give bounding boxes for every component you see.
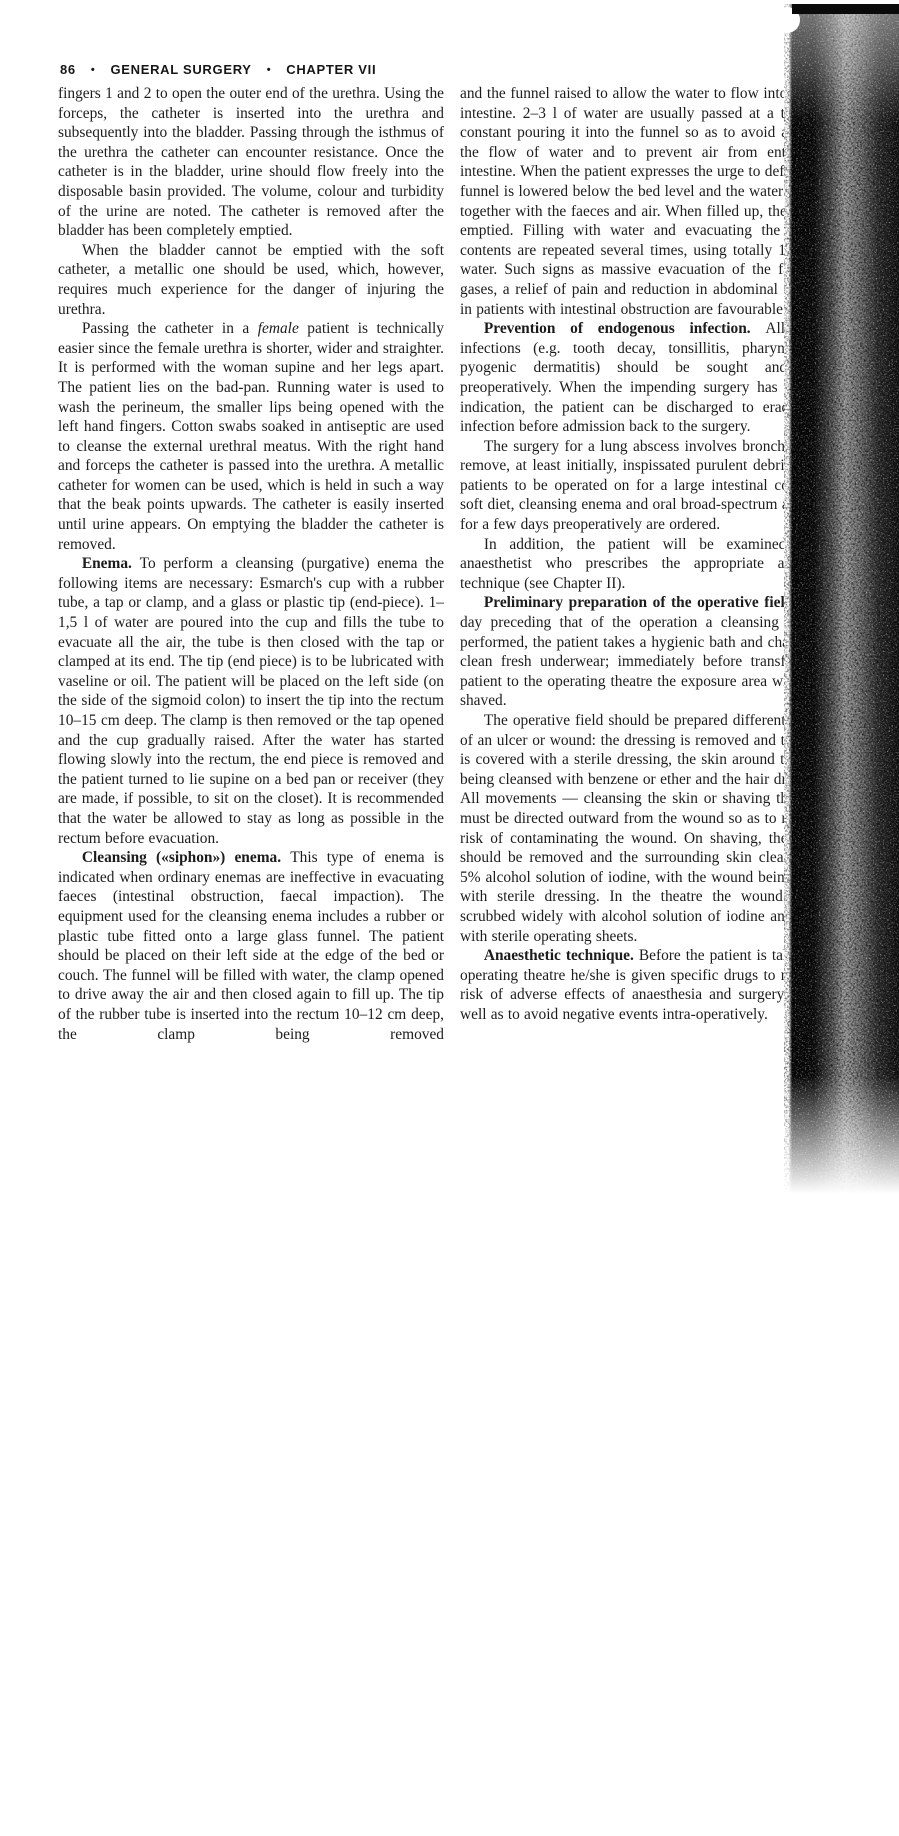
body-text: When the bladder cannot be emptied with … [58,242,444,318]
text-columns: fingers 1 and 2 to open the outer end of… [58,84,846,1044]
paragraph-lead-bold: Prevention of endogenous infection. [484,320,766,337]
paragraph-lead-bold: Anaesthetic technique. [484,947,639,964]
paragraph: Cleansing («siphon») enema. This type of… [58,848,444,1044]
page-number: 86 [60,62,76,77]
scan-edge-artifact [784,4,899,1194]
separator-dot-icon: • [91,64,96,76]
page-header: 86 • GENERAL SURGERY • CHAPTER VII [60,62,376,77]
paragraph: Passing the catheter in a female patient… [58,319,444,554]
body-text: This type of enema is indicated when ord… [58,849,444,1042]
body-text: To perform a cleansing (purgative) enema… [58,555,444,846]
separator-dot-icon: • [267,64,272,76]
body-text: Passing the catheter in a [82,320,258,337]
left-column: fingers 1 and 2 to open the outer end of… [58,84,444,1044]
book-page: 86 • GENERAL SURGERY • CHAPTER VII finge… [0,0,899,1836]
italic-text: female [258,320,299,337]
paragraph: fingers 1 and 2 to open the outer end of… [58,84,444,241]
paragraph-lead-bold: Enema. [82,555,140,572]
body-text: fingers 1 and 2 to open the outer end of… [58,85,444,239]
paragraph-lead-bold: Cleansing («siphon») enema. [82,849,290,866]
paragraph: When the bladder cannot be emptied with … [58,241,444,319]
chapter-label: CHAPTER VII [286,62,376,77]
running-title: GENERAL SURGERY [110,62,251,77]
paragraph: Enema. To perform a cleansing (purgative… [58,554,444,848]
body-text: patient is technically easier since the … [58,320,444,553]
paragraph-lead-bold: Preliminary preparation of the operative… [484,594,803,611]
